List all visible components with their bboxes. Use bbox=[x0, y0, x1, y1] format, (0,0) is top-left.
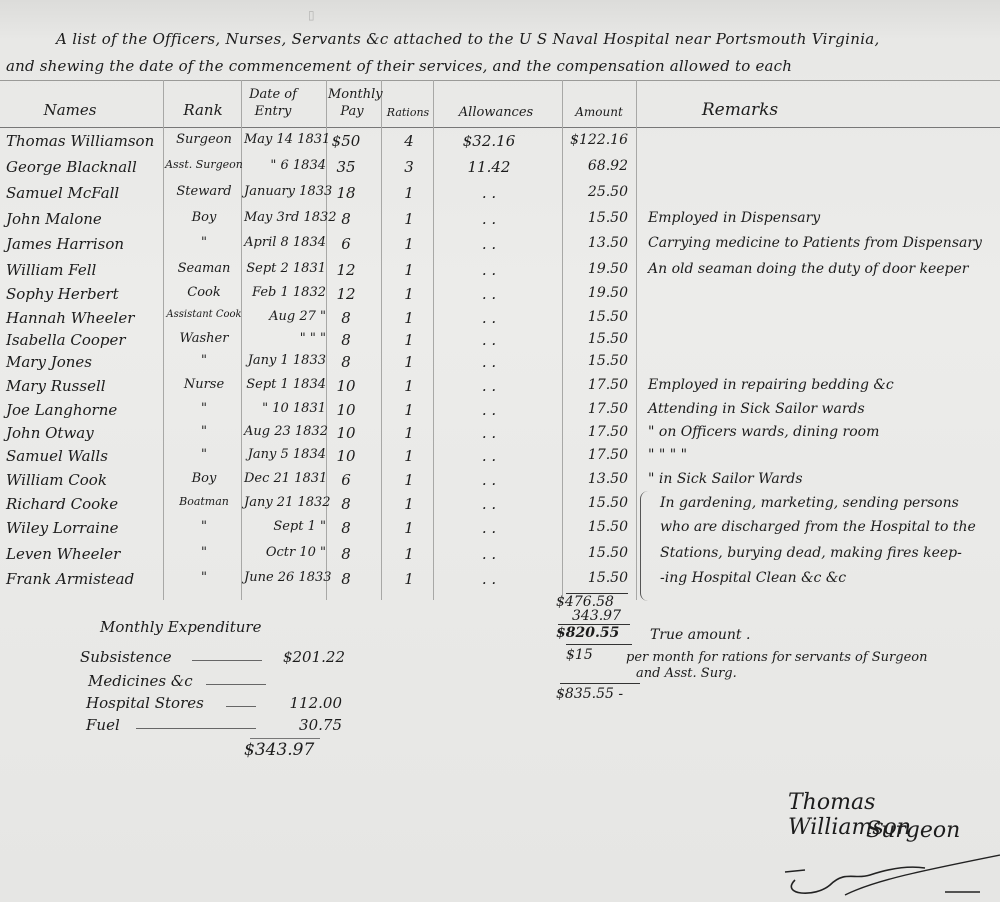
cell-amount: 13.50 bbox=[558, 235, 628, 251]
cell-allowance: . . bbox=[434, 331, 544, 349]
cell-rank: " bbox=[164, 424, 244, 439]
cell-name: John Otway bbox=[6, 424, 94, 442]
cell-rank: Asst. Surgeon bbox=[164, 158, 244, 171]
cell-pay: 10 bbox=[326, 401, 366, 419]
cell-allowance: . . bbox=[434, 261, 544, 279]
sum-rule bbox=[250, 738, 320, 739]
cell-amount: 17.50 bbox=[558, 447, 628, 463]
cell-pay: 18 bbox=[326, 184, 366, 202]
cell-pay: 8 bbox=[326, 353, 366, 371]
expenditure-label: Fuel bbox=[86, 716, 120, 734]
cell-name: Isabella Cooper bbox=[6, 331, 126, 349]
leader-line bbox=[226, 706, 256, 707]
cell-rank: " bbox=[164, 545, 244, 560]
document-title-line-1: A list of the Officers, Nurses, Servants… bbox=[56, 30, 880, 48]
sum-rule bbox=[560, 683, 640, 684]
cell-rank: Assistant Cook bbox=[164, 309, 244, 320]
expenditure-carried-value: 343.97 bbox=[572, 608, 621, 624]
cell-amount: 68.92 bbox=[558, 158, 628, 174]
cell-name: Richard Cooke bbox=[6, 495, 118, 513]
ration-extra-value: $15 bbox=[566, 647, 593, 663]
cell-rations: 1 bbox=[384, 545, 434, 563]
cell-pay: 8 bbox=[326, 545, 366, 563]
cell-allowance: . . bbox=[434, 353, 544, 371]
cell-date: " 6 1834 bbox=[244, 158, 326, 173]
cell-remarks: Employed in Dispensary bbox=[648, 210, 820, 226]
cell-rank: " bbox=[164, 353, 244, 368]
cell-pay: 35 bbox=[326, 158, 366, 176]
cell-rank: Washer bbox=[164, 331, 244, 346]
cell-remarks: Carrying medicine to Patients from Dispe… bbox=[648, 235, 982, 251]
cell-rations: 1 bbox=[384, 210, 434, 228]
cell-rations: 3 bbox=[384, 158, 434, 176]
cell-pay: 10 bbox=[326, 447, 366, 465]
header-rations: Rations bbox=[383, 104, 433, 121]
cell-rations: 4 bbox=[384, 132, 434, 150]
cell-rank: Boy bbox=[164, 210, 244, 225]
cell-rank: " bbox=[164, 235, 244, 250]
cell-pay: 8 bbox=[326, 519, 366, 537]
cell-rank: " bbox=[164, 447, 244, 462]
cell-remarks: " " " " bbox=[648, 447, 687, 463]
cell-date: Sept 2 1831 bbox=[244, 261, 326, 276]
cell-name: James Harrison bbox=[6, 235, 124, 253]
cell-pay: 8 bbox=[326, 309, 366, 327]
cell-allowance: . . bbox=[434, 570, 544, 588]
cell-remarks: who are discharged from the Hospital to … bbox=[660, 519, 976, 535]
cell-remarks: " on Officers wards, dining room bbox=[648, 424, 879, 440]
cell-amount: 19.50 bbox=[558, 285, 628, 301]
leader-line bbox=[136, 728, 256, 729]
cell-allowance: . . bbox=[434, 285, 544, 303]
signature-flourish bbox=[775, 850, 1000, 900]
expenditure-total: $343.97 bbox=[244, 740, 314, 760]
cell-date: Sept 1 1834 bbox=[244, 377, 326, 392]
cell-date: Aug 27 " bbox=[244, 309, 326, 324]
table-row: Richard Cooke Boatman Jany 21 1832 8 1 .… bbox=[0, 495, 1000, 518]
cell-rank: Seaman bbox=[164, 261, 244, 276]
true-amount-value: $820.55 bbox=[556, 625, 619, 641]
cell-rations: 1 bbox=[384, 377, 434, 395]
cell-pay: 8 bbox=[326, 331, 366, 349]
cell-name: Samuel McFall bbox=[6, 184, 119, 202]
cell-name: Sophy Herbert bbox=[6, 285, 119, 303]
cell-pay: 12 bbox=[326, 285, 366, 303]
cell-date: April 8 1834 bbox=[244, 235, 326, 250]
cell-allowance: 11.42 bbox=[434, 158, 544, 176]
cell-name: Hannah Wheeler bbox=[6, 309, 134, 327]
table-row: Frank Armistead " June 26 1833 8 1 . . 1… bbox=[0, 570, 1000, 593]
cell-date: Jany 21 1832 bbox=[244, 495, 326, 510]
cell-amount: 19.50 bbox=[558, 261, 628, 277]
manuscript-page: ▯ A list of the Officers, Nurses, Servan… bbox=[0, 0, 1000, 902]
ration-note-line-1: per month for rations for servants of Su… bbox=[626, 650, 928, 665]
remarks-grouping-brace bbox=[640, 491, 655, 601]
table-row: Mary Russell Nurse Sept 1 1834 10 1 . . … bbox=[0, 377, 1000, 400]
true-amount-label: True amount . bbox=[650, 627, 750, 643]
cell-allowance: . . bbox=[434, 309, 544, 327]
table-row: Wiley Lorraine " Sept 1 " 8 1 . . 15.50 … bbox=[0, 519, 1000, 542]
cell-amount: 15.50 bbox=[558, 331, 628, 347]
table-row: William Cook Boy Dec 21 1831 6 1 . . 13.… bbox=[0, 471, 1000, 494]
cell-name: Joe Langhorne bbox=[6, 401, 117, 419]
leader-line bbox=[192, 660, 262, 661]
ration-note-line-2: and Asst. Surg. bbox=[636, 666, 737, 681]
signature-title: Surgeon bbox=[866, 818, 960, 843]
cell-amount: 17.50 bbox=[558, 377, 628, 393]
sum-rule bbox=[566, 644, 632, 645]
header-allowances: Allowances bbox=[436, 104, 556, 121]
cell-rank: Surgeon bbox=[164, 132, 244, 147]
expenditure-value: 112.00 bbox=[262, 694, 342, 712]
expenditure-label: Hospital Stores bbox=[86, 694, 204, 712]
cell-date: Octr 10 " bbox=[244, 545, 326, 560]
cell-allowance: . . bbox=[434, 471, 544, 489]
cell-date: May 3rd 1832 bbox=[244, 210, 326, 225]
cell-amount: 17.50 bbox=[558, 401, 628, 417]
cell-pay: 6 bbox=[326, 471, 366, 489]
cell-allowance: . . bbox=[434, 519, 544, 537]
cell-rations: 1 bbox=[384, 519, 434, 537]
cell-rations: 1 bbox=[384, 570, 434, 588]
cell-remarks: -ing Hospital Clean &c &c bbox=[660, 570, 846, 586]
cell-rank: Steward bbox=[164, 184, 244, 199]
cell-rank: " bbox=[164, 401, 244, 416]
table-row: Thomas Williamson Surgeon May 14 1831 $5… bbox=[0, 132, 1000, 155]
cell-allowance: . . bbox=[434, 447, 544, 465]
table-row: Mary Jones " Jany 1 1833 8 1 . . 15.50 bbox=[0, 353, 1000, 376]
cell-rations: 1 bbox=[384, 285, 434, 303]
cell-remarks: Stations, burying dead, making fires kee… bbox=[660, 545, 962, 561]
cell-remarks: Attending in Sick Sailor wards bbox=[648, 401, 865, 417]
cell-remarks: Employed in repairing bedding &c bbox=[648, 377, 894, 393]
table-row: Samuel McFall Steward January 1833 18 1 … bbox=[0, 184, 1000, 207]
cell-rations: 1 bbox=[384, 401, 434, 419]
cell-allowance: . . bbox=[434, 235, 544, 253]
cell-date: Aug 23 1832 bbox=[244, 424, 326, 439]
cell-date: Dec 21 1831 bbox=[244, 471, 326, 486]
cell-allowance: . . bbox=[434, 210, 544, 228]
cell-pay: 12 bbox=[326, 261, 366, 279]
faint-stamp-mark: ▯ bbox=[308, 8, 315, 22]
header-names: Names bbox=[20, 102, 120, 119]
table-row: William Fell Seaman Sept 2 1831 12 1 . .… bbox=[0, 261, 1000, 284]
cell-rank: Cook bbox=[164, 285, 244, 300]
table-row: George Blacknall Asst. Surgeon " 6 1834 … bbox=[0, 158, 1000, 181]
table-row: James Harrison " April 8 1834 6 1 . . 13… bbox=[0, 235, 1000, 258]
cell-rank: Boy bbox=[164, 471, 244, 486]
document-title-line-2: and shewing the date of the commencement… bbox=[6, 57, 792, 75]
cell-allowance: . . bbox=[434, 424, 544, 442]
cell-pay: 10 bbox=[326, 424, 366, 442]
table-top-rule bbox=[0, 80, 1000, 81]
cell-rank: Nurse bbox=[164, 377, 244, 392]
cell-date: June 26 1833 bbox=[244, 570, 326, 585]
header-remarks: Remarks bbox=[680, 102, 800, 119]
cell-rations: 1 bbox=[384, 471, 434, 489]
cell-rations: 1 bbox=[384, 184, 434, 202]
cell-name: George Blacknall bbox=[6, 158, 137, 176]
table-row: Samuel Walls " Jany 5 1834 10 1 . . 17.5… bbox=[0, 447, 1000, 470]
cell-amount: 15.50 bbox=[558, 519, 628, 535]
cell-allowance: . . bbox=[434, 495, 544, 513]
cell-name: William Fell bbox=[6, 261, 96, 279]
cell-rations: 1 bbox=[384, 495, 434, 513]
table-row: Joe Langhorne " " 10 1831 10 1 . . 17.50… bbox=[0, 401, 1000, 424]
monthly-expenditure-title: Monthly Expenditure bbox=[100, 618, 261, 636]
cell-name: Wiley Lorraine bbox=[6, 519, 118, 537]
table-row: Leven Wheeler " Octr 10 " 8 1 . . 15.50 … bbox=[0, 545, 1000, 568]
cell-rank: " bbox=[164, 570, 244, 585]
cell-amount: 15.50 bbox=[558, 495, 628, 511]
cell-allowance: . . bbox=[434, 401, 544, 419]
expenditure-value: 30.75 bbox=[262, 716, 342, 734]
cell-allowance: . . bbox=[434, 377, 544, 395]
header-amount: Amount bbox=[564, 104, 634, 121]
cell-date: May 14 1831 bbox=[244, 132, 326, 147]
cell-amount: 13.50 bbox=[558, 471, 628, 487]
cell-amount: 25.50 bbox=[558, 184, 628, 200]
cell-allowance: $32.16 bbox=[434, 132, 544, 150]
leader-line bbox=[206, 684, 266, 685]
cell-date: " 10 1831 bbox=[244, 401, 326, 416]
cell-amount: 17.50 bbox=[558, 424, 628, 440]
cell-name: Mary Russell bbox=[6, 377, 106, 395]
header-bottom-rule bbox=[0, 127, 1000, 128]
cell-allowance: . . bbox=[434, 184, 544, 202]
cell-rations: 1 bbox=[384, 353, 434, 371]
cell-rations: 1 bbox=[384, 309, 434, 327]
cell-rations: 1 bbox=[384, 424, 434, 442]
cell-rations: 1 bbox=[384, 447, 434, 465]
cell-amount: 15.50 bbox=[558, 309, 628, 325]
cell-name: John Malone bbox=[6, 210, 102, 228]
cell-name: Mary Jones bbox=[6, 353, 92, 371]
cell-date: Jany 1 1833 bbox=[244, 353, 326, 368]
expenditure-value: $201.22 bbox=[265, 648, 345, 666]
cell-rank: " bbox=[164, 519, 244, 534]
cell-pay: 8 bbox=[326, 495, 366, 513]
table-row: John Otway " Aug 23 1832 10 1 . . 17.50 … bbox=[0, 424, 1000, 447]
table-row: John Malone Boy May 3rd 1832 8 1 . . 15.… bbox=[0, 210, 1000, 233]
cell-pay: $50 bbox=[326, 132, 366, 150]
cell-remarks: In gardening, marketing, sending persons bbox=[660, 495, 959, 511]
cell-amount: 15.50 bbox=[558, 210, 628, 226]
cell-date: Feb 1 1832 bbox=[244, 285, 326, 300]
cell-name: Frank Armistead bbox=[6, 570, 134, 588]
cell-name: William Cook bbox=[6, 471, 107, 489]
cell-date: Jany 5 1834 bbox=[244, 447, 326, 462]
cell-pay: 8 bbox=[326, 570, 366, 588]
cell-amount: 15.50 bbox=[558, 570, 628, 586]
cell-remarks: An old seaman doing the duty of door kee… bbox=[648, 261, 968, 277]
table-row: Hannah Wheeler Assistant Cook Aug 27 " 8… bbox=[0, 309, 1000, 332]
header-rank: Rank bbox=[165, 102, 241, 119]
cell-amount: 15.50 bbox=[558, 545, 628, 561]
cell-date: January 1833 bbox=[244, 184, 326, 199]
cell-pay: 8 bbox=[326, 210, 366, 228]
cell-remarks: " in Sick Sailor Wards bbox=[648, 471, 803, 487]
expenditure-label: Medicines &c bbox=[88, 672, 193, 690]
cell-date: Sept 1 " bbox=[244, 519, 326, 534]
cell-pay: 6 bbox=[326, 235, 366, 253]
cell-date: " " " bbox=[244, 331, 326, 346]
table-row: Isabella Cooper Washer " " " 8 1 . . 15.… bbox=[0, 331, 1000, 354]
header-date-of-entry: Date of Entry bbox=[246, 86, 300, 120]
expenditure-label: Subsistence bbox=[80, 648, 172, 666]
table-row: Sophy Herbert Cook Feb 1 1832 12 1 . . 1… bbox=[0, 285, 1000, 308]
cell-rations: 1 bbox=[384, 235, 434, 253]
cell-allowance: . . bbox=[434, 545, 544, 563]
cell-rank: Boatman bbox=[164, 495, 244, 508]
cell-amount: 15.50 bbox=[558, 353, 628, 369]
cell-name: Leven Wheeler bbox=[6, 545, 120, 563]
cell-rations: 1 bbox=[384, 261, 434, 279]
cell-pay: 10 bbox=[326, 377, 366, 395]
cell-name: Thomas Williamson bbox=[6, 132, 154, 150]
cell-rations: 1 bbox=[384, 331, 434, 349]
grand-total-value: $835.55 - bbox=[556, 686, 623, 702]
cell-name: Samuel Walls bbox=[6, 447, 108, 465]
cell-amount: $122.16 bbox=[558, 132, 628, 148]
header-monthly-pay: Monthly Pay bbox=[328, 86, 376, 120]
